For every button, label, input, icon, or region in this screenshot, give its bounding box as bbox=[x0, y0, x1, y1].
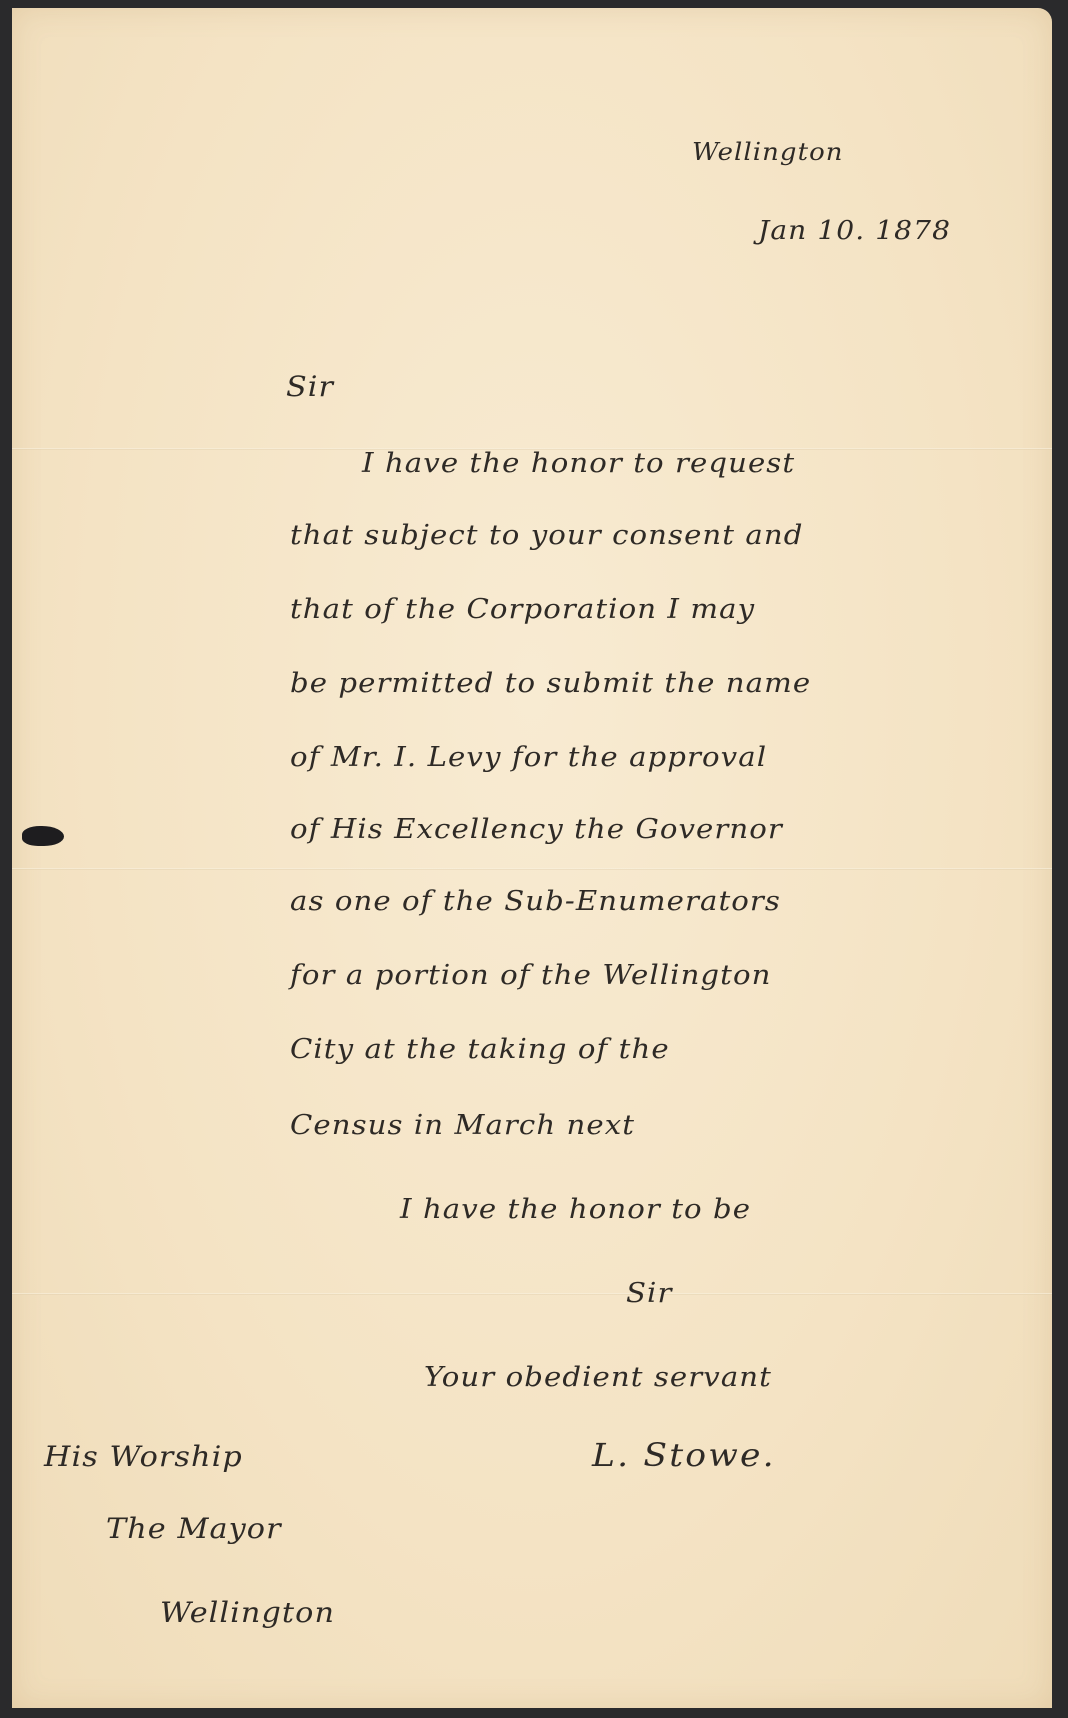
body-line: City at the taking of the bbox=[290, 1034, 670, 1065]
signature: L. Stowe. bbox=[592, 1436, 776, 1474]
body-line: be permitted to submit the name bbox=[290, 668, 811, 699]
addressee-title: His Worship bbox=[44, 1440, 243, 1473]
body-line: that subject to your consent and bbox=[290, 520, 804, 551]
paper-fold-line bbox=[12, 1293, 1052, 1295]
closing-line: I have the honor to be bbox=[400, 1194, 751, 1225]
body-line: as one of the Sub-Enumerators bbox=[290, 886, 781, 917]
body-line: of His Excellency the Governor bbox=[290, 814, 783, 845]
body-line: for a portion of the Wellington bbox=[290, 960, 771, 991]
addressee-place: Wellington bbox=[160, 1596, 335, 1629]
paper-fold-line bbox=[12, 868, 1052, 870]
salutation: Sir bbox=[286, 370, 334, 403]
closing-servant: Your obedient servant bbox=[424, 1362, 772, 1393]
body-line: that of the Corporation I may bbox=[290, 594, 755, 625]
addressee-office: The Mayor bbox=[106, 1512, 282, 1545]
letter-date: Jan 10. 1878 bbox=[758, 216, 951, 246]
body-line: of Mr. I. Levy for the approval bbox=[290, 742, 767, 773]
body-line: Census in March next bbox=[290, 1110, 635, 1141]
closing-sir: Sir bbox=[626, 1278, 672, 1309]
ink-blot bbox=[22, 826, 64, 846]
body-line: I have the honor to request bbox=[362, 448, 795, 479]
letter-place: Wellington bbox=[692, 138, 844, 166]
